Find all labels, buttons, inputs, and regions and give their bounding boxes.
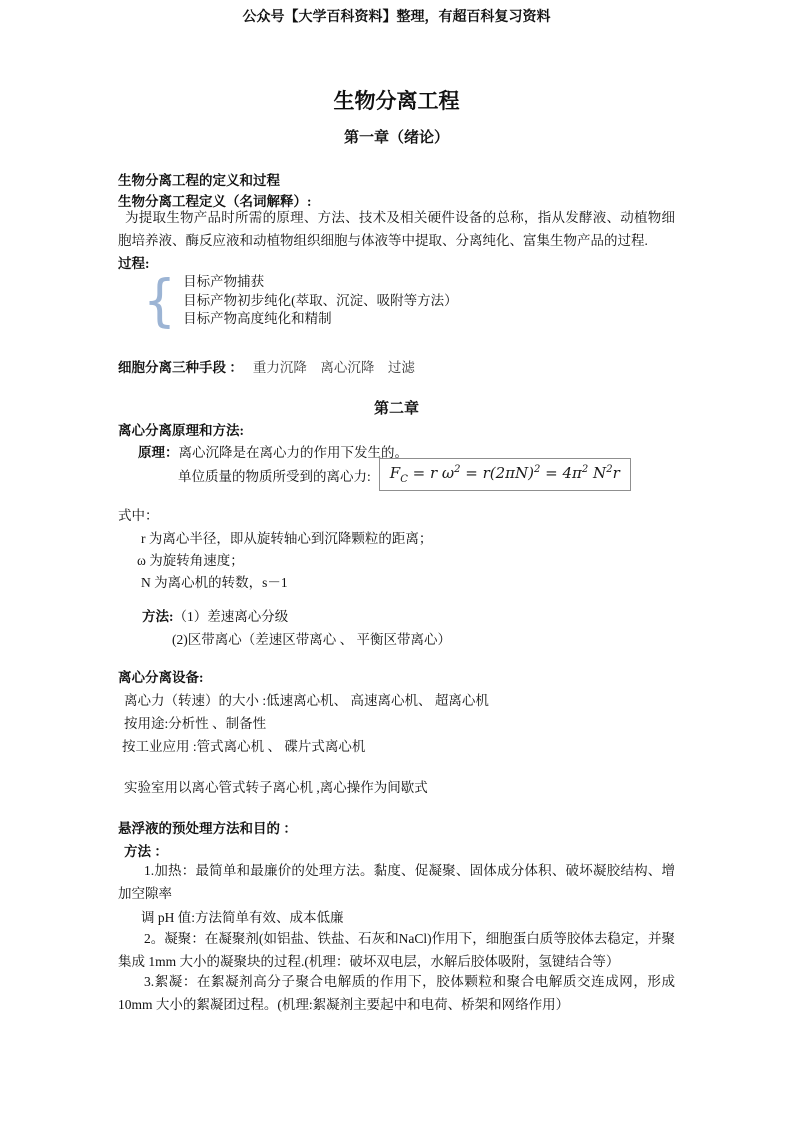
pretreatment-heading: 悬浮液的预处理方法和目的 ： — [118, 817, 297, 837]
definition-section-title: 生物分离工程的定义和过程 — [118, 169, 280, 189]
where-r-definition: r 为离心半径，即从旋转轴心到沉降颗粒的距离； — [141, 527, 432, 547]
process-step-capture: 目标产物捕获 — [183, 273, 458, 292]
centrifugation-section-heading: 离心分离原理和方法: — [118, 419, 244, 439]
formula-term: = 4π — [540, 464, 582, 482]
cell-separation-label: 细胞分离三种手段 ： — [118, 360, 243, 375]
where-label: 式中： — [118, 504, 159, 524]
formula-term: r — [613, 464, 620, 482]
doc-title: 生物分离工程 — [0, 85, 793, 115]
process-step-initial-purification: 目标产物初步纯化(萃取、沉淀、吸附等方法） — [183, 292, 458, 311]
formula-term: N — [588, 464, 606, 482]
process-steps-list: 目标产物捕获 目标产物初步纯化(萃取、沉淀、吸附等方法） 目标产物高度纯化和精制 — [183, 273, 458, 329]
formula-term: = r(2πN) — [461, 464, 535, 482]
equipment-by-industry-line: 按工业应用 :管式离心机 、 碟片式离心机 — [122, 735, 365, 755]
page-header: 公众号【大学百科资料】整理，有超百科复习资料 — [0, 6, 793, 26]
pretreatment-ph-line: 调 pH 值:方法简单有效、成本低廉 — [141, 906, 344, 926]
method-label: 方法: — [142, 609, 174, 624]
formula-term: F — [390, 464, 400, 482]
formula-intro-text: 单位质量的物质所受到的离心力: — [178, 465, 371, 485]
formula-subscript: C — [400, 474, 408, 485]
definition-paragraph: 为提取生物产品时所需的原理、方法、技术及相关硬件设备的总称，指从发酵液、动植物细… — [118, 207, 675, 252]
method-1-text: （1）差速离心分级 — [174, 609, 289, 624]
process-steps-group: { 目标产物捕获 目标产物初步纯化(萃取、沉淀、吸附等方法） 目标产物高度纯化和… — [143, 272, 458, 330]
equipment-heading: 离心分离设备: — [118, 666, 204, 686]
where-omega-definition: ω 为旋转角速度； — [137, 549, 244, 569]
cell-separation-values: 重力沉降 离心沉降 过滤 — [253, 360, 415, 375]
equipment-by-force-line: 离心力（转速）的大小 :低速离心机、 高速离心机、 超离心机 — [124, 689, 489, 709]
pretreatment-flocculation-paragraph: 3.絮凝：在絮凝剂高分子聚合电解质的作用下，胶体颗粒和聚合电解质交连成网，形成 … — [118, 971, 675, 1016]
pretreatment-heating-paragraph: 1.加热：最简单和最廉价的处理方法。黏度、促凝聚、固体成分体积、破坏凝胶结构、增… — [118, 860, 675, 905]
equipment-by-use-line: 按用途:分析性 、制备性 — [124, 712, 266, 732]
principle-label: 原理： — [138, 445, 179, 460]
chapter1-heading: 第一章（绪论） — [0, 126, 793, 147]
left-brace-decoration: { — [143, 270, 176, 333]
chapter2-heading: 第二章 — [0, 397, 793, 418]
method-line-2: (2)区带离心（差速区带离心 、 平衡区带离心） — [172, 628, 451, 648]
pretreatment-method-label: 方法 ： — [124, 840, 168, 860]
method-line-1: 方法:（1）差速离心分级 — [142, 605, 288, 625]
document-page: 公众号【大学百科资料】整理，有超百科复习资料 生物分离工程 第一章（绪论） 生物… — [0, 0, 793, 1122]
process-step-high-purification: 目标产物高度纯化和精制 — [183, 310, 458, 329]
where-n-definition: N 为离心机的转数，s－1 — [141, 571, 288, 591]
formula-term: = r ω — [408, 464, 454, 482]
cell-separation-line: 细胞分离三种手段 ：重力沉降 离心沉降 过滤 — [118, 356, 415, 376]
pretreatment-coagulation-paragraph: 2。凝聚：在凝聚剂(如铝盐、铁盐、石灰和NaCl)作用下，细胞蛋白质等胶体去稳定… — [118, 928, 675, 973]
centrifugal-force-row: 单位质量的物质所受到的离心力: FC = r ω2 = r(2πN)2 = 4π… — [178, 458, 631, 491]
lab-note-line: 实验室用以离心管式转子离心机 ,离心操作为间歇式 — [124, 776, 428, 796]
centrifugal-force-formula: FC = r ω2 = r(2πN)2 = 4π2 N2r — [379, 458, 631, 491]
